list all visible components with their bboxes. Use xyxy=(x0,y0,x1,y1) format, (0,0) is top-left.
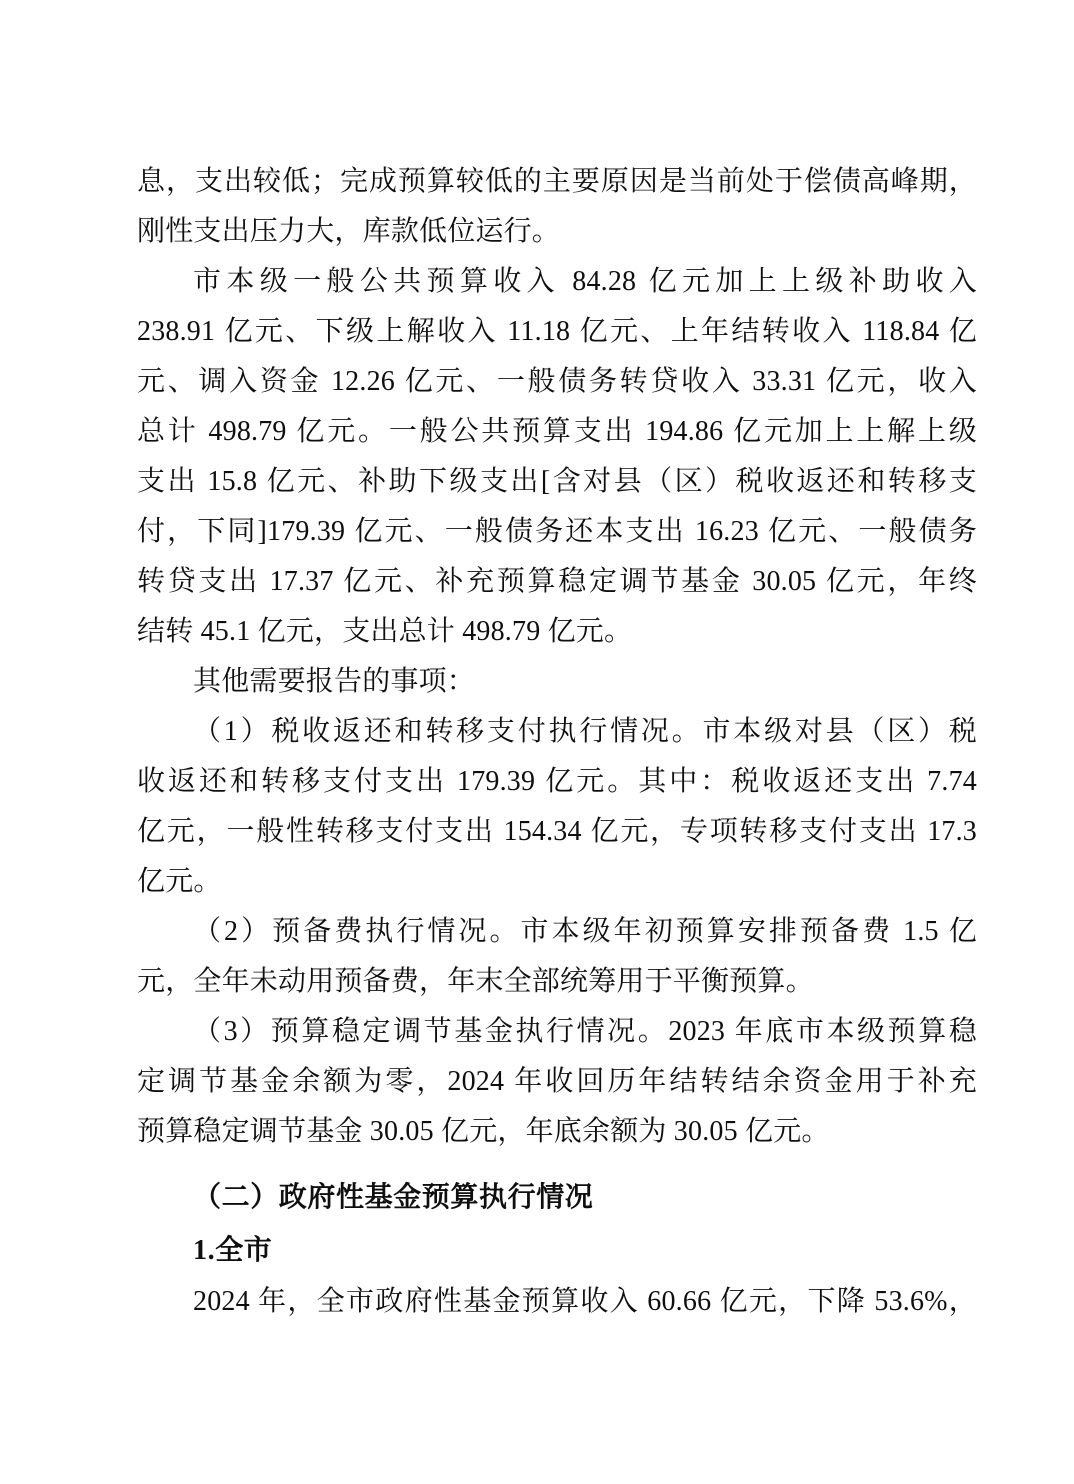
text-line: 亿元，一般性转移支付支出 154.34 亿元，专项转移支付支出 17.3 xyxy=(137,807,977,857)
text-line: 结转 45.1 亿元，支出总计 498.79 亿元。 xyxy=(137,607,977,657)
text-line: 支出 15.8 亿元、补助下级支出[含对县（区）税收返还和转移支 xyxy=(137,457,977,507)
section-heading: （二）政府性基金预算执行情况 xyxy=(137,1171,977,1224)
document-page: 息，支出较低；完成预算较低的主要原因是当前处于偿债高峰期，刚性支出压力大，库款低… xyxy=(0,0,1074,1484)
text-line: （3）预算稳定调节基金执行情况。2023 年底市本级预算稳 xyxy=(137,1007,977,1057)
text-line: 转贷支出 17.37 亿元、补充预算稳定调节基金 30.05 亿元，年终 xyxy=(137,557,977,607)
text-line: 收返还和转移支付支出 179.39 亿元。其中：税收返还支出 7.74 xyxy=(137,757,977,807)
text-line: 元，全年未动用预备费，年末全部统筹用于平衡预算。 xyxy=(137,957,977,1007)
text-line: （1）税收返还和转移支付执行情况。市本级对县（区）税 xyxy=(137,707,977,757)
text-line: 市本级一般公共预算收入 84.28 亿元加上上级补助收入 xyxy=(137,257,977,307)
text-line: 238.91 亿元、下级上解收入 11.18 亿元、上年结转收入 118.84 … xyxy=(137,307,977,357)
text-line: 2024 年，全市政府性基金预算收入 60.66 亿元，下降 53.6%， xyxy=(137,1277,977,1327)
text-line: 刚性支出压力大，库款低位运行。 xyxy=(137,207,977,257)
text-line: 定调节基金余额为零，2024 年收回历年结转结余资金用于补充 xyxy=(137,1057,977,1107)
text-line: 付，下同]179.39 亿元、一般债务还本支出 16.23 亿元、一般债务 xyxy=(137,507,977,557)
text-line: 总计 498.79 亿元。一般公共预算支出 194.86 亿元加上上解上级 xyxy=(137,407,977,457)
section-heading: 1.全市 xyxy=(137,1224,977,1277)
text-line: 其他需要报告的事项： xyxy=(137,657,977,707)
text-line: 预算稳定调节基金 30.05 亿元，年底余额为 30.05 亿元。 xyxy=(137,1107,977,1157)
text-line: 息，支出较低；完成预算较低的主要原因是当前处于偿债高峰期， xyxy=(137,157,977,207)
text-line: 元、调入资金 12.26 亿元、一般债务转贷收入 33.31 亿元，收入 xyxy=(137,357,977,407)
document-body: 息，支出较低；完成预算较低的主要原因是当前处于偿债高峰期，刚性支出压力大，库款低… xyxy=(137,157,977,1327)
text-line: 亿元。 xyxy=(137,857,977,907)
text-line: （2）预备费执行情况。市本级年初预算安排预备费 1.5 亿 xyxy=(137,907,977,957)
